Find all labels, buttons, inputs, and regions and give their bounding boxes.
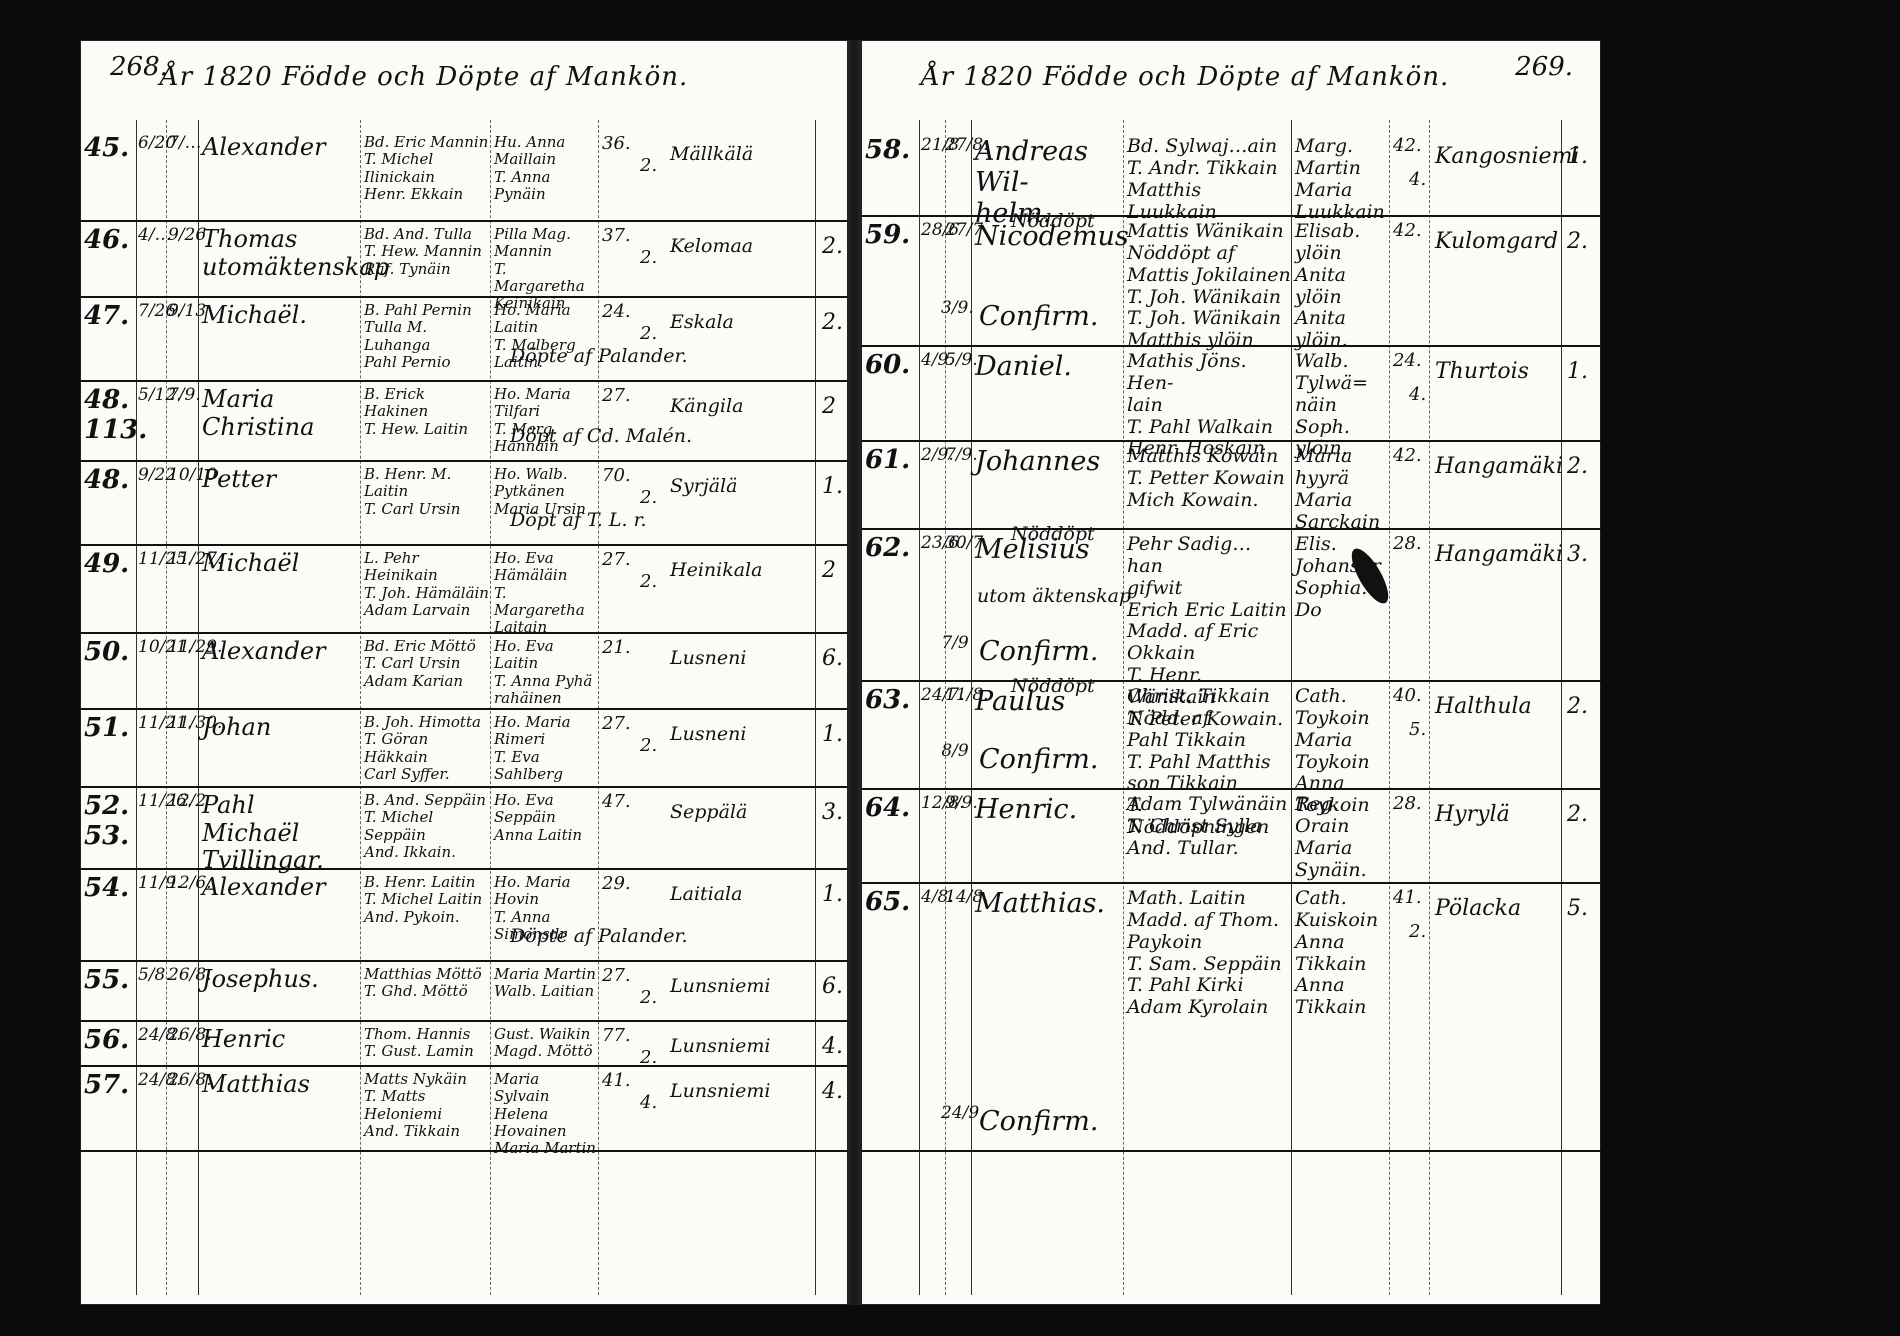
house-number: 1. (822, 882, 843, 907)
order-number: 2. (1409, 922, 1426, 943)
baptism-date: 9/26 (168, 226, 196, 246)
father-and-sponsors: Bd. Eric Mannin T. Michel Ilinickain Hen… (364, 134, 489, 203)
mother-and-sponsors: Ho. Eva Laitin T. Anna Pyhä rahäinen (494, 638, 598, 707)
village-name: Lusneni (670, 648, 810, 670)
village-name: Laitiala (670, 884, 810, 906)
house-number: 4. (822, 1034, 843, 1059)
father-and-sponsors: Matts Nykäin T. Matts Heloniemi And. Tik… (364, 1071, 489, 1140)
house-number: 1. (1567, 359, 1588, 384)
entry-number: 62. (865, 534, 910, 564)
mother-age: 42. (1393, 136, 1422, 157)
mother-and-sponsors: Maria hyyrä Maria Sarckain (1295, 446, 1391, 533)
order-number: 2. (640, 488, 657, 509)
mother-age: 41. (1393, 888, 1422, 909)
confirmation-label: Confirm. (979, 636, 1098, 667)
confirmation-date: 7/9 (941, 634, 969, 654)
mother-and-sponsors: Gust. Waikin Magd. Möttö (494, 1026, 598, 1061)
mother-age: 42. (1393, 446, 1422, 467)
house-number: 2. (1567, 229, 1588, 254)
village-name: Pölacka (1435, 896, 1561, 921)
register-entry: 63.24/7.11/8.PaulusChrist. Tikkain Nödd.… (861, 680, 1601, 790)
entry-number: 64. (865, 794, 910, 824)
birth-date: 4/… (138, 226, 166, 246)
mother-and-sponsors: Cath. Kuiskoin Anna Tikkain Anna Tikkain (1295, 888, 1391, 1019)
village-name: Heinikala (670, 560, 810, 582)
birth-date: 5/8. (138, 966, 166, 986)
house-number: 2 (822, 558, 836, 583)
father-and-sponsors: B. Erick Hakinen T. Hew. Laitin (364, 386, 489, 438)
village-name: Lusneni (670, 724, 810, 746)
village-name: Hangamäki (1435, 454, 1561, 479)
illegitimate-note: utom äktenskap (977, 586, 1131, 608)
village-name: Seppälä (670, 802, 810, 824)
baptism-date: 5/9. (945, 351, 973, 371)
mother-age: 47. (602, 792, 631, 813)
baptism-date: 27/7 (945, 221, 973, 241)
register-entry: 48. 113.5/12.7/9.Maria ChristinaB. Erick… (80, 380, 848, 462)
mother-age: 29. (602, 874, 631, 895)
register-entry: 52. 53.11/26.12/2Pahl Michaël Tvillingar… (80, 786, 848, 870)
father-and-sponsors: Adam Tylwänäin T. Christ Sylla And. Tull… (1127, 794, 1291, 860)
father-and-sponsors: Bd. And. Tulla T. Hew. Mannin Raf. Tynäi… (364, 226, 489, 278)
father-and-sponsors: B. Henr. Laitin T. Michel Laitin And. Py… (364, 874, 489, 926)
child-name: Pahl Michaël Tvillingar. (202, 792, 357, 875)
register-entry: 47.7/26.9/13Michaël.B. Pahl Pernin Tulla… (80, 296, 848, 382)
mother-age: 77. (602, 1026, 631, 1047)
mother-age: 70. (602, 466, 631, 487)
birth-date: 7/26. (138, 302, 166, 322)
entry-number: 51. (84, 714, 129, 744)
baptism-date: 9/13 (168, 302, 196, 322)
village-name: Kelomaa (670, 236, 810, 258)
father-and-sponsors: B. Joh. Himotta T. Göran Häkkain Carl Sy… (364, 714, 489, 783)
village-name: Syrjälä (670, 476, 810, 498)
order-number: 4. (1409, 170, 1426, 191)
birth-date: 11/21. (138, 714, 166, 734)
confirmation-date: 24/9 (941, 1104, 969, 1124)
order-number: 2. (640, 988, 657, 1009)
register-entry: 45.6/207/…AlexanderBd. Eric Mannin T. Mi… (80, 128, 848, 222)
mother-age: 27. (602, 714, 631, 735)
entry-number: 65. (865, 888, 910, 918)
baptism-date: 30/7. (945, 534, 973, 554)
right-page: 269. År 1820 Födde och Döpte af Mankön. … (858, 40, 1601, 1305)
confirmation-label: Confirm. (979, 744, 1098, 775)
entry-number: 46. (84, 226, 129, 256)
register-entry: 56.24/8.26/8.HenricThom. Hannis T. Gust.… (80, 1020, 848, 1067)
baptism-officiant-note: Döpt af Cd. Malén. (510, 426, 692, 448)
mother-age: 42. (1393, 221, 1422, 242)
entry-number: 55. (84, 966, 129, 996)
order-number: 2. (640, 572, 657, 593)
entry-number: 48. (84, 466, 129, 496)
birth-date: 11/9. (138, 874, 166, 894)
village-name: Lunsniemi (670, 976, 810, 998)
mother-age: 27. (602, 550, 631, 571)
entry-number: 50. (84, 638, 129, 668)
mother-age: 40. (1393, 686, 1422, 707)
child-name: Alexander (202, 638, 357, 666)
father-and-sponsors: Mattis Wänikain Nöddöpt af Mattis Jokila… (1127, 221, 1291, 352)
father-and-sponsors: Bd. Eric Möttö T. Carl Ursin Adam Karian (364, 638, 489, 690)
page-heading: År 1820 Födde och Döpte af Mankön. (921, 62, 1449, 92)
birth-date: 24/8. (138, 1071, 166, 1091)
mother-age: 41. (602, 1071, 631, 1092)
order-number: 2. (640, 736, 657, 757)
confirmation-date: 3/9. (941, 299, 969, 319)
confirmation-label: Confirm. (979, 301, 1098, 332)
entry-number: 52. 53. (84, 792, 129, 852)
father-and-sponsors: B. Henr. M. Laitin T. Carl Ursin (364, 466, 489, 518)
register-entry: 61.2/9.7/9.JohannesMatthis Kowain T. Pet… (861, 440, 1601, 530)
register-entry: 48.9/2210/10.PetterB. Henr. M. Laitin T.… (80, 460, 848, 546)
baptism-date: 7/9. (945, 446, 973, 466)
mother-and-sponsors: Ho. Eva Seppäin Anna Laitin (494, 792, 598, 844)
entry-number: 57. (84, 1071, 129, 1101)
mother-and-sponsors: Marg. Martin Maria Luukkain (1295, 136, 1391, 223)
register-entry: 65.4/8.14/8.Matthias.Math. Laitin Madd. … (861, 882, 1601, 1152)
page-heading: År 1820 Födde och Döpte af Mankön. (160, 62, 688, 92)
mother-age: 27. (602, 966, 631, 987)
mother-age: 24. (1393, 351, 1422, 372)
child-name: Henric. (975, 794, 1125, 825)
entry-number: 47. (84, 302, 129, 332)
child-name: Alexander (202, 874, 357, 902)
mother-age: 24. (602, 302, 631, 323)
house-number: 5. (1567, 896, 1588, 921)
baptism-officiant-note: Döpte af Palander. (510, 926, 688, 948)
mother-age: 28. (1393, 534, 1422, 555)
register-entry: 49.11/25.11/27.MichaëlL. Pehr Heinikain … (80, 544, 848, 634)
father-and-sponsors: Matthias Möttö T. Ghd. Möttö (364, 966, 489, 1001)
birth-date: 11/25. (138, 550, 166, 570)
house-number: 2 (822, 394, 836, 419)
village-name: Kangosniemi (1435, 144, 1561, 169)
entry-number: 60. (865, 351, 910, 381)
house-number: 4. (822, 1079, 843, 1104)
entry-number: 45. (84, 134, 129, 164)
entry-number: 58. (865, 136, 910, 166)
baptism-date: 26/8. (168, 1026, 196, 1046)
register-entry: 64.12/8.9/9.Henric.Adam Tylwänäin T. Chr… (861, 788, 1601, 884)
order-number: 2. (640, 248, 657, 269)
mother-and-sponsors: Ho. Eva Hämäläin T. Margaretha Laitain (494, 550, 598, 636)
child-name: Johannes (975, 446, 1125, 477)
child-name: Petter (202, 466, 357, 494)
baptism-date: 11/30. (168, 714, 196, 734)
register-entry: 57.24/8.26/8.MatthiasMatts Nykäin T. Mat… (80, 1065, 848, 1152)
father-and-sponsors: B. And. Seppäin T. Michel Seppäin And. I… (364, 792, 489, 861)
baptism-date: 11/8. (945, 686, 973, 706)
house-number: 2. (822, 310, 843, 335)
baptism-date: 11/27. (168, 550, 196, 570)
order-number: 5. (1409, 720, 1426, 741)
mother-age: 21. (602, 638, 631, 659)
entry-number: 56. (84, 1026, 129, 1056)
order-number: 4. (640, 1093, 657, 1114)
baptism-date: 26/8. (168, 1071, 196, 1091)
house-number: 6. (822, 646, 843, 671)
baptism-date: 9/9. (945, 794, 973, 814)
emergency-baptism-note: Nöddöpt (1011, 524, 1095, 546)
mother-age: 36. (602, 134, 631, 155)
baptism-date: 12/6. (168, 874, 196, 894)
village-name: Thurtois (1435, 359, 1561, 384)
house-number: 1. (1567, 144, 1588, 169)
mother-and-sponsors: Maria Martin Walb. Laitian (494, 966, 598, 1001)
father-and-sponsors: Math. Laitin Madd. af Thom. Paykoin T. S… (1127, 888, 1291, 1019)
entry-number: 61. (865, 446, 910, 476)
mother-and-sponsors: Hu. Anna Maillain T. Anna Pynäin (494, 134, 598, 203)
father-and-sponsors: Matthis Kowain T. Petter Kowain Mich Kow… (1127, 446, 1291, 512)
child-name: Maria Christina (202, 386, 357, 441)
baptism-officiant-note: Döpt af T. L. r. (510, 510, 647, 532)
house-number: 2. (1567, 454, 1588, 479)
order-number: 2. (640, 324, 657, 345)
house-number: 3. (1567, 542, 1588, 567)
register-entry: 60.4/9.5/9.Daniel.Mathis Jöns. Hen- lain… (861, 345, 1601, 442)
village-name: Kulomgard (1435, 229, 1561, 254)
register-entry: 62.23/6.30/7.MelisiusPehr Sadig… han gif… (861, 528, 1601, 682)
page-number: 269. (1515, 52, 1573, 82)
house-number: 1. (822, 474, 843, 499)
child-name: Thomas utomäktenskap (202, 226, 357, 281)
mother-age: 37. (602, 226, 631, 247)
register-entry: 58.21/827/8.Andreas Wil- helm.Bd. Sylwaj… (861, 130, 1601, 217)
confirmation-label: Confirm. (979, 1106, 1098, 1137)
child-name: Michaël (202, 550, 357, 578)
birth-date: 11/26. (138, 792, 166, 812)
village-name: Halthula (1435, 694, 1561, 719)
mother-and-sponsors: Reg. Orain Maria Synäin. (1295, 794, 1391, 881)
village-name: Lunsniemi (670, 1036, 810, 1058)
order-number: 4. (1409, 385, 1426, 406)
father-and-sponsors: B. Pahl Pernin Tulla M. Luhanga Pahl Per… (364, 302, 489, 371)
child-name: Alexander (202, 134, 357, 162)
baptism-date: 27/8. (945, 136, 973, 156)
mother-and-sponsors: Ho. Maria Rimeri T. Eva Sahlberg (494, 714, 598, 783)
mother-age: 28. (1393, 794, 1422, 815)
birth-date: 6/20 (138, 134, 166, 154)
baptism-date: 12/2 (168, 792, 196, 812)
entry-number: 49. (84, 550, 129, 580)
birth-date: 9/22 (138, 466, 166, 486)
entry-number: 54. (84, 874, 129, 904)
father-and-sponsors: Thom. Hannis T. Gust. Lamin (364, 1026, 489, 1061)
child-name: Henric (202, 1026, 357, 1054)
house-number: 3. (822, 800, 843, 825)
baptism-date: 11/29. (168, 638, 196, 658)
emergency-baptism-note: Nöddöpt (1011, 676, 1095, 698)
confirmation-date: 8/9 (941, 742, 969, 762)
mother-age: 27. (602, 386, 631, 407)
village-name: Mällkälä (670, 144, 810, 166)
register-entry: 59.28/627/7NicodemusMattis Wänikain Nödd… (861, 215, 1601, 347)
birth-date: 10/21. (138, 638, 166, 658)
baptism-date: 10/10. (168, 466, 196, 486)
birth-date: 24/8. (138, 1026, 166, 1046)
village-name: Lunsniemi (670, 1081, 810, 1103)
register-entry: 54.11/9.12/6.AlexanderB. Henr. Laitin T.… (80, 868, 848, 962)
child-name: Daniel. (975, 351, 1125, 382)
baptism-date: 7/… (168, 134, 196, 154)
entry-number: 63. (865, 686, 910, 716)
baptism-date: 7/9. (168, 386, 196, 406)
left-page: 268. År 1820 Födde och Döpte af Mankön. … (80, 40, 851, 1305)
village-name: Hangamäki (1435, 542, 1561, 567)
baptism-date: 14/8. (945, 888, 973, 908)
house-number: 2. (822, 234, 843, 259)
child-name: Josephus. (202, 966, 357, 994)
register-entry: 46.4/…9/26Thomas utomäktenskapBd. And. T… (80, 220, 848, 298)
child-name: Matthias (202, 1071, 357, 1099)
order-number: 2. (640, 156, 657, 177)
baptism-date: 26/8. (168, 966, 196, 986)
father-and-sponsors: L. Pehr Heinikain T. Joh. Hämäläin Adam … (364, 550, 489, 619)
father-and-sponsors: Bd. Sylwaj…ain T. Andr. Tikkain Matthis … (1127, 136, 1291, 223)
house-number: 6. (822, 974, 843, 999)
baptism-officiant-note: Döpte af Palander. (510, 346, 688, 368)
mother-and-sponsors: Elisab. ylöin Anita ylöin Anita ylöin. (1295, 221, 1391, 352)
child-name: Michaël. (202, 302, 357, 330)
register-entry: 50.10/21.11/29.AlexanderBd. Eric Möttö T… (80, 632, 848, 710)
house-number: 2. (1567, 802, 1588, 827)
village-name: Hyrylä (1435, 802, 1561, 827)
house-number: 2. (1567, 694, 1588, 719)
child-name: Johan (202, 714, 357, 742)
entry-number: 59. (865, 221, 910, 251)
register-entry: 51.11/21.11/30.JohanB. Joh. Himotta T. G… (80, 708, 848, 788)
house-number: 1. (822, 722, 843, 747)
mother-and-sponsors: Maria Sylvain Helena Hovainen Maria Mart… (494, 1071, 598, 1157)
village-name: Kängila (670, 396, 810, 418)
emergency-baptism-note: Nöddöpt (1011, 211, 1095, 233)
birth-date: 5/12. (138, 386, 166, 406)
village-name: Eskala (670, 312, 810, 334)
register-entry: 55.5/8.26/8.Josephus.Matthias Möttö T. G… (80, 960, 848, 1022)
child-name: Matthias. (975, 888, 1125, 919)
